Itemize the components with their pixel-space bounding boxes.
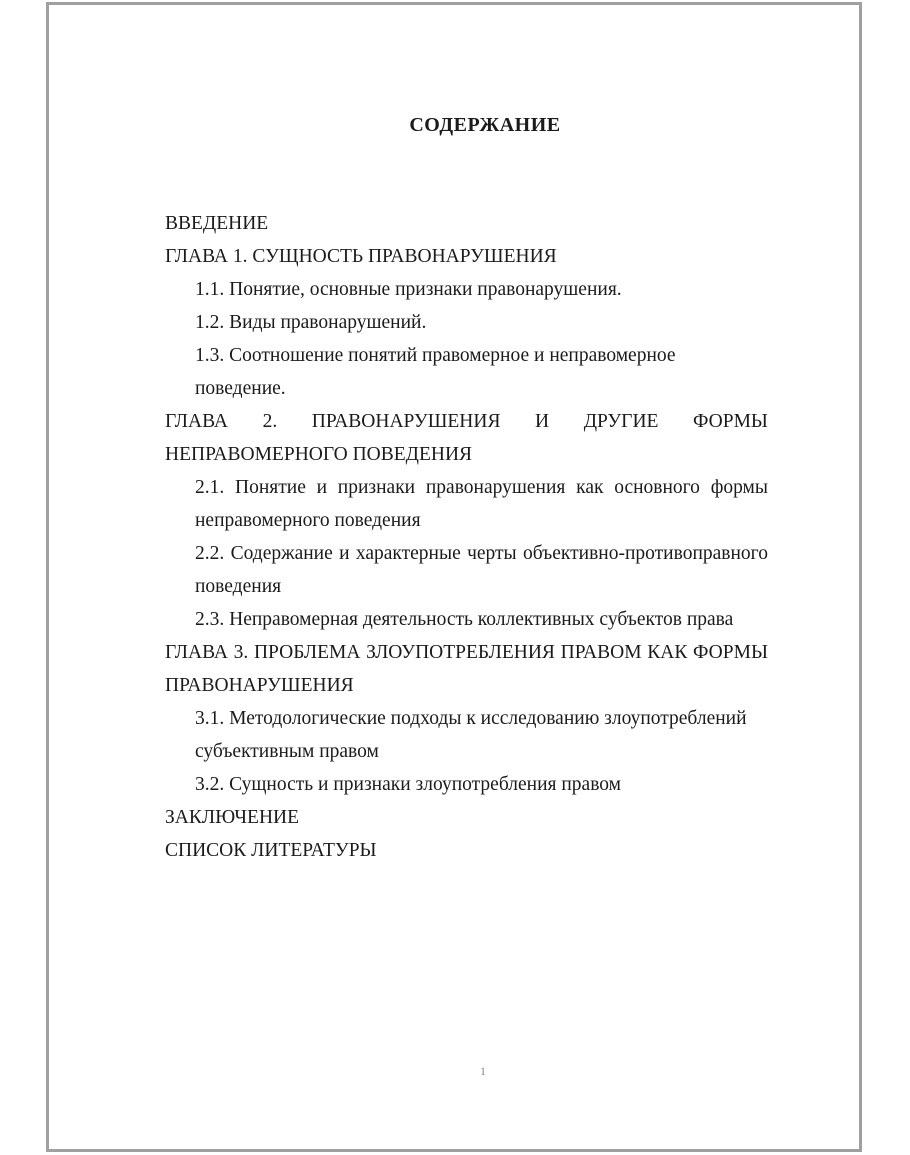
toc-line-2: 1.1. Понятие, основные признаки правонар… <box>165 273 768 306</box>
toc-word: Содержание <box>231 537 333 570</box>
toc-line-17: 3.2. Сущность и признаки злоупотребления… <box>165 768 768 801</box>
toc-line-10: 2.2.Содержаниеихарактерныечертыобъективн… <box>165 537 768 570</box>
toc-line-8: 2.1.Понятиеипризнакиправонарушениякакосн… <box>165 471 768 504</box>
toc-word: и <box>339 537 349 570</box>
toc-line-7: НЕПРАВОМЕРНОГО ПОВЕДЕНИЯ <box>165 438 768 471</box>
toc-list: ВВЕДЕНИЕГЛАВА 1. СУЩНОСТЬ ПРАВОНАРУШЕНИЯ… <box>165 207 768 867</box>
toc-line-5: поведение. <box>165 372 768 405</box>
toc-word: правонарушения <box>426 471 566 504</box>
toc-word: ФОРМЫ <box>693 636 768 669</box>
toc-word: как <box>576 471 603 504</box>
toc-word: характерные <box>356 537 461 570</box>
toc-line-1: ГЛАВА 1. СУЩНОСТЬ ПРАВОНАРУШЕНИЯ <box>165 240 768 273</box>
toc-word: черты <box>467 537 517 570</box>
toc-word: ПРАВОМ <box>561 636 642 669</box>
toc-word: 2.1. <box>195 471 224 504</box>
page-number: 1 <box>447 1063 519 1079</box>
toc-line-12: 2.3. Неправомерная деятельность коллекти… <box>165 603 768 636</box>
toc-word: 2. <box>263 405 278 438</box>
toc-word: ФОРМЫ <box>693 405 768 438</box>
toc-word: 3. <box>234 636 249 669</box>
toc-word: ГЛАВА <box>165 405 228 438</box>
toc-word: И <box>535 405 549 438</box>
toc-word: объективно-противоправного <box>523 537 768 570</box>
toc-line-0: ВВЕДЕНИЕ <box>165 207 768 240</box>
toc-line-3: 1.2. Виды правонарушений. <box>165 306 768 339</box>
document-viewer: СОДЕРЖАНИЕ ВВЕДЕНИЕГЛАВА 1. СУЩНОСТЬ ПРА… <box>0 0 910 1155</box>
toc-line-19: СПИСОК ЛИТЕРАТУРЫ <box>165 834 768 867</box>
toc-line-15: 3.1. Методологические подходы к исследов… <box>165 702 768 735</box>
toc-word: КАК <box>647 636 687 669</box>
page-title: СОДЕРЖАНИЕ <box>185 112 785 138</box>
toc-line-18: ЗАКЛЮЧЕНИЕ <box>165 801 768 834</box>
toc-word: формы <box>711 471 768 504</box>
toc-line-13: ГЛАВА3.ПРОБЛЕМАЗЛОУПОТРЕБЛЕНИЯПРАВОМКАКФ… <box>165 636 768 669</box>
document-page: СОДЕРЖАНИЕ ВВЕДЕНИЕГЛАВА 1. СУЩНОСТЬ ПРА… <box>46 2 862 1152</box>
toc-line-11: поведения <box>165 570 768 603</box>
toc-word: ПРОБЛЕМА <box>254 636 361 669</box>
toc-word: 2.2. <box>195 537 224 570</box>
toc-word: основного <box>614 471 700 504</box>
toc-word: и <box>317 471 327 504</box>
toc-word: Понятие <box>235 471 306 504</box>
toc-line-9: неправомерного поведения <box>165 504 768 537</box>
toc-word: ГЛАВА <box>165 636 228 669</box>
toc-word: ЗЛОУПОТРЕБЛЕНИЯ <box>366 636 555 669</box>
toc-line-14: ПРАВОНАРУШЕНИЯ <box>165 669 768 702</box>
toc-word: ПРАВОНАРУШЕНИЯ <box>312 405 501 438</box>
toc-word: ДРУГИЕ <box>584 405 659 438</box>
toc-line-4: 1.3. Соотношение понятий правомерное и н… <box>165 339 768 372</box>
toc-line-16: субъективным правом <box>165 735 768 768</box>
toc-word: признаки <box>338 471 415 504</box>
toc-line-6: ГЛАВА2.ПРАВОНАРУШЕНИЯИДРУГИЕФОРМЫ <box>165 405 768 438</box>
